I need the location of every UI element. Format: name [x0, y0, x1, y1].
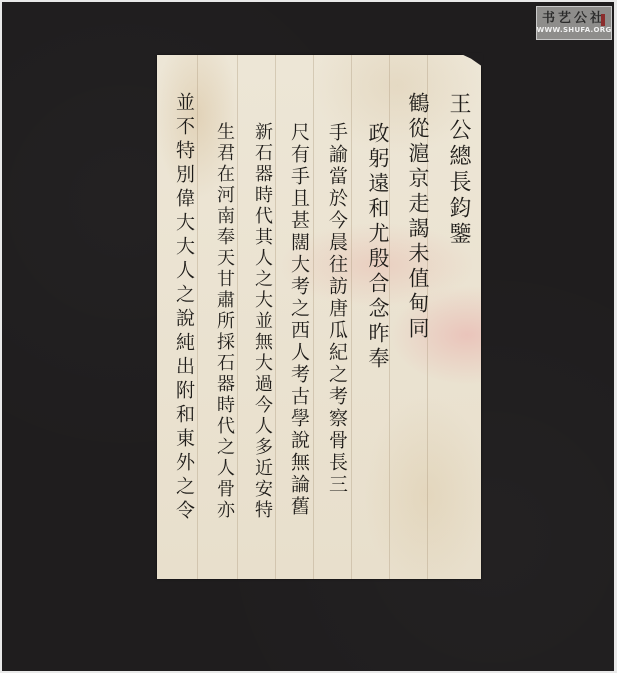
column-rule	[313, 55, 314, 579]
letter-column-3: 政躬遠和尤殷合念昨奉	[365, 122, 391, 372]
letter-column-4: 手諭當於今晨往訪唐瓜紀之考察骨長三	[325, 122, 349, 496]
column-rule	[275, 55, 276, 579]
column-rule	[237, 55, 238, 579]
letter-column-2: 鶴從滬京走謁未值甸同	[405, 92, 431, 342]
watermark-url: WWW.SHUFA.ORG	[537, 26, 612, 34]
letter-column-6: 新石器時代其人之大並無大過今人多近安特	[250, 122, 274, 521]
watermark-title: 书艺公社	[542, 12, 606, 26]
column-rule	[197, 55, 198, 579]
letter-paper	[157, 55, 481, 579]
letter-column-1: 王公總長鈞鑒	[445, 92, 471, 248]
watermark-badge: 书艺公社 WWW.SHUFA.ORG	[536, 6, 612, 40]
letter-column-5: 尺有手且甚闊大考之西人考古學說無論舊	[287, 122, 311, 518]
column-rule	[351, 55, 352, 579]
letter-column-8: 並不特別偉大大人之說純出附和東外之令	[172, 92, 196, 524]
seal-icon	[601, 14, 605, 26]
torn-corner	[453, 53, 483, 67]
letter-column-7: 生君在河南奉天甘肅所採石器時代之人骨亦	[212, 122, 236, 521]
